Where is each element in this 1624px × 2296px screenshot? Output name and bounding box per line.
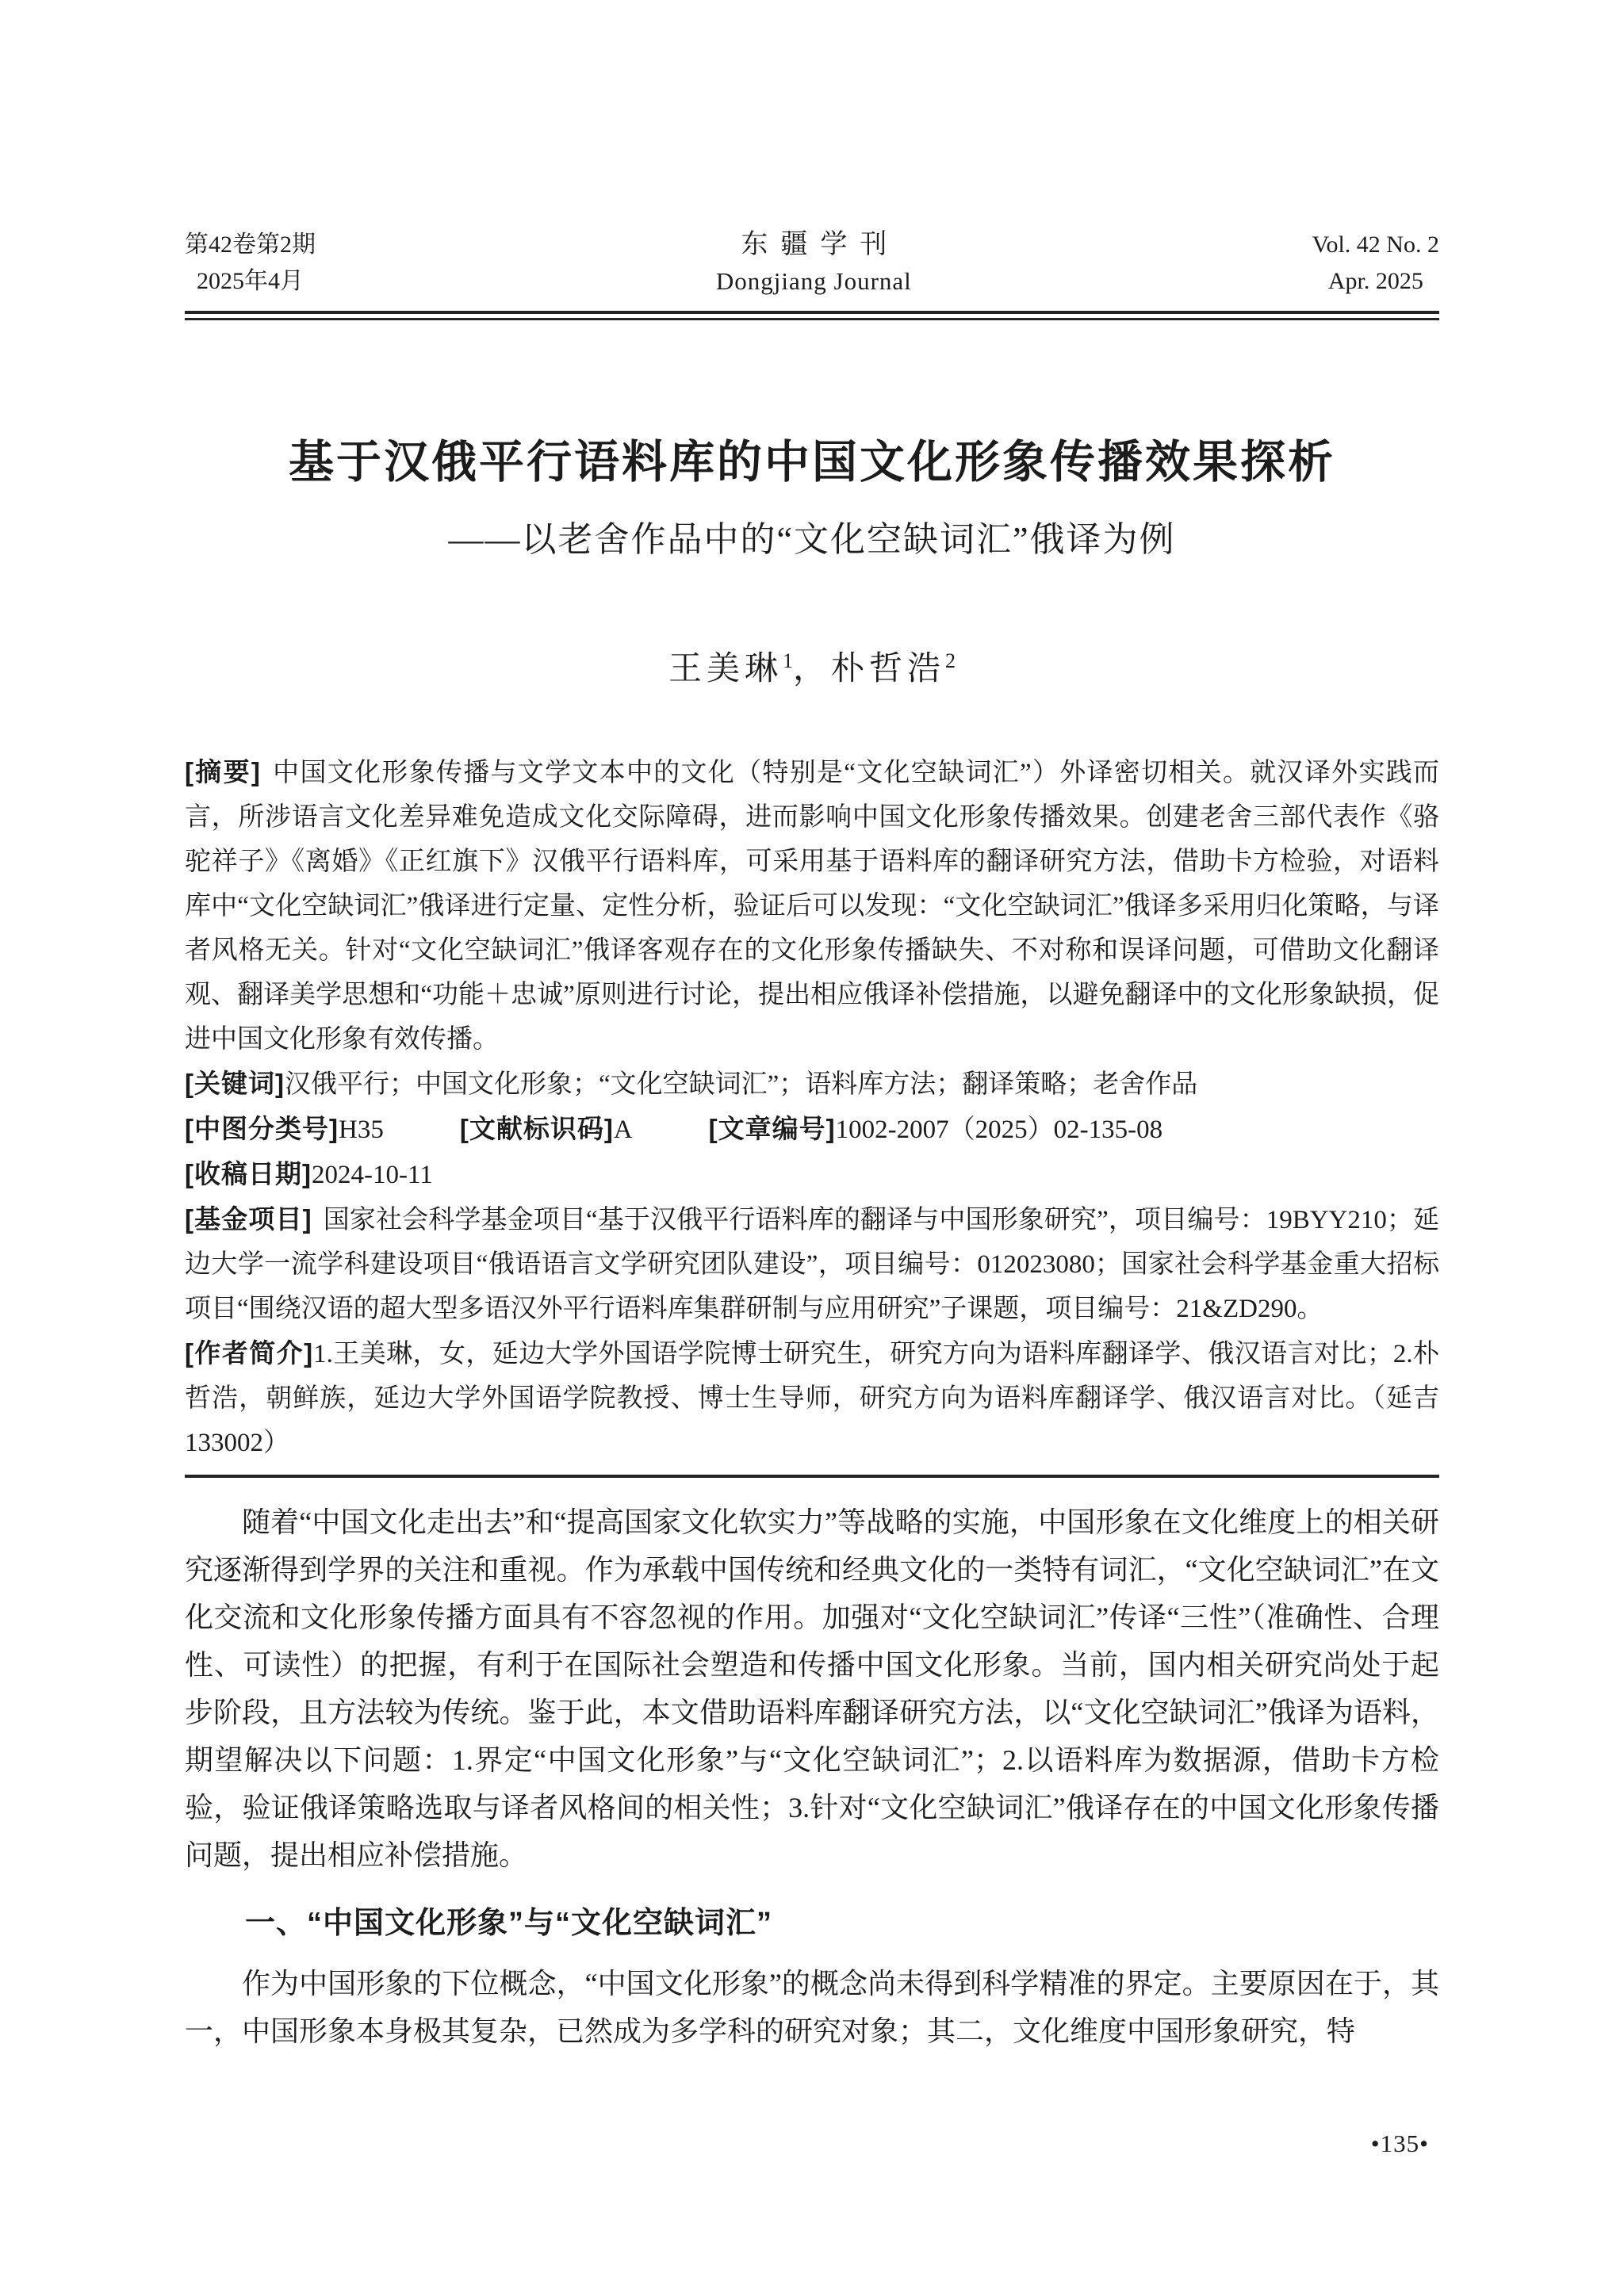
section-1-heading: 一、“中国文化形象”与“文化空缺词汇” <box>185 1900 1439 1947</box>
keywords-label: [关键词] <box>185 1069 285 1098</box>
abstract-text: 中国文化形象传播与文学文本中的文化（特别是“文化空缺词汇”）外译密切相关。就汉译… <box>185 759 1439 1054</box>
received-date-row: [收稿日期]2024-10-11 <box>185 1152 1439 1197</box>
funding-text: 国家社会科学基金项目“基于汉俄平行语料库的翻译与中国形象研究”，项目编号：19B… <box>185 1206 1439 1323</box>
clc-pair: [中图分类号]H35 <box>185 1115 384 1144</box>
journal-header: 第42卷第2期 2025年4月 东疆学刊 Dongjiang Journal V… <box>185 227 1439 300</box>
classification-row: [中图分类号]H35[文献标识码]A[文章编号]1002-2007（2025）0… <box>185 1107 1439 1152</box>
journal-page: 第42卷第2期 2025年4月 东疆学刊 Dongjiang Journal V… <box>0 0 1624 2296</box>
abstract-label: [摘要] <box>185 757 261 786</box>
author-bio-label: [作者简介] <box>185 1338 313 1368</box>
keywords: [关键词]汉俄平行；中国文化形象；“文化空缺词汇”；语料库方法；翻译策略；老舍作… <box>185 1062 1439 1107</box>
issue-date-cn: 2025年4月 <box>185 263 316 300</box>
frontmatter-divider-rule <box>185 1475 1439 1478</box>
authors-separator: ， <box>793 651 831 687</box>
volume-issue-en: Vol. 42 No. 2 <box>1312 227 1439 263</box>
header-issue-block-en: Vol. 42 No. 2 Apr. 2025 <box>1312 227 1439 300</box>
journal-name-block: 东疆学刊 Dongjiang Journal <box>716 227 912 300</box>
body-paragraph-1: 随着“中国文化走出去”和“提高国家文化软实力”等战略的实施，中国形象在文化维度上… <box>185 1498 1439 1879</box>
doc-code-pair: [文献标识码]A <box>460 1115 633 1144</box>
article-title: 基于汉俄平行语料库的中国文化形象传播效果探析 <box>185 436 1439 490</box>
issue-date-en: Apr. 2025 <box>1312 263 1439 300</box>
authors-line: 王美琳1，朴哲浩2 <box>185 642 1439 690</box>
author-1-name: 王美琳 <box>668 651 783 687</box>
author-2-name: 朴哲浩 <box>831 651 945 687</box>
clc-label: [中图分类号] <box>185 1114 339 1143</box>
article-id-label: [文章编号] <box>709 1114 836 1143</box>
header-double-rule <box>185 311 1439 320</box>
journal-name-en: Dongjiang Journal <box>716 263 912 300</box>
header-issue-block-cn: 第42卷第2期 2025年4月 <box>185 227 316 300</box>
doc-code-label: [文献标识码] <box>460 1114 614 1143</box>
article-subtitle: ——以老舍作品中的“文化空缺词汇”俄译为例 <box>185 511 1439 561</box>
author-bio: [作者简介]1.王美琳，女，延边大学外国语学院博士研究生，研究方向为语料库翻译学… <box>185 1331 1439 1465</box>
received-date-value: 2024-10-11 <box>312 1161 433 1189</box>
funding-label: [基金项目] <box>185 1204 312 1234</box>
author-bio-text: 1.王美琳，女，延边大学外国语学院博士研究生，研究方向为语料库翻译学、俄汉语言对… <box>185 1340 1439 1457</box>
funding: [基金项目]国家社会科学基金项目“基于汉俄平行语料库的翻译与中国形象研究”，项目… <box>185 1197 1439 1331</box>
abstract: [摘要]中国文化形象传播与文学文本中的文化（特别是“文化空缺词汇”）外译密切相关… <box>185 750 1439 1062</box>
keywords-text: 汉俄平行；中国文化形象；“文化空缺词汇”；语料库方法；翻译策略；老舍作品 <box>285 1070 1197 1099</box>
doc-code-value: A <box>614 1115 633 1144</box>
received-date-label: [收稿日期] <box>185 1159 312 1188</box>
volume-issue-cn: 第42卷第2期 <box>185 227 316 263</box>
body-paragraph-2: 作为中国形象的下位概念，“中国文化形象”的概念尚未得到科学精准的界定。主要原因在… <box>185 1960 1439 2055</box>
clc-value: H35 <box>339 1115 384 1144</box>
article-id-value: 1002-2007（2025）02-135-08 <box>836 1115 1162 1144</box>
frontmatter-block: [摘要]中国文化形象传播与文学文本中的文化（特别是“文化空缺词汇”）外译密切相关… <box>185 750 1439 1465</box>
author-2-affiliation-mark: 2 <box>945 649 956 672</box>
article-body: 随着“中国文化走出去”和“提高国家文化软实力”等战略的实施，中国形象在文化维度上… <box>185 1498 1439 2055</box>
article-id-pair: [文章编号]1002-2007（2025）02-135-08 <box>709 1115 1162 1144</box>
page-number: •135• <box>1371 2130 1429 2158</box>
journal-name-cn: 东疆学刊 <box>716 227 912 263</box>
author-1-affiliation-mark: 1 <box>783 649 793 672</box>
